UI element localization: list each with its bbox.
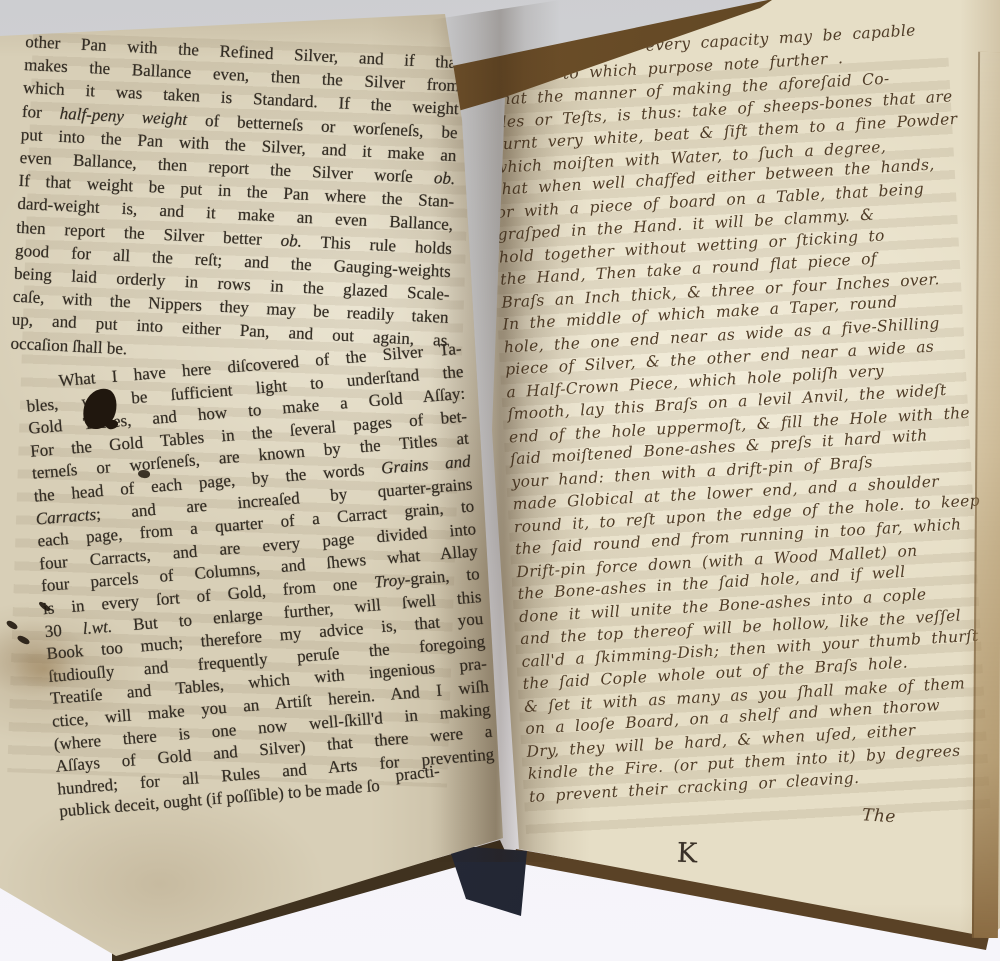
open-book-photo: other Pan with the Refined Silver, and i… [0,0,1000,961]
paper-stain [14,648,74,690]
ink-mark [16,634,30,645]
signature-mark: K [663,837,710,870]
catchword-right: The [861,805,952,830]
handwritten-text: racticable ~ that every capacity may be … [487,17,1000,807]
ink-mark [5,619,18,630]
printed-paragraph-1: other Pan with the Refined Silver, and i… [10,30,461,376]
